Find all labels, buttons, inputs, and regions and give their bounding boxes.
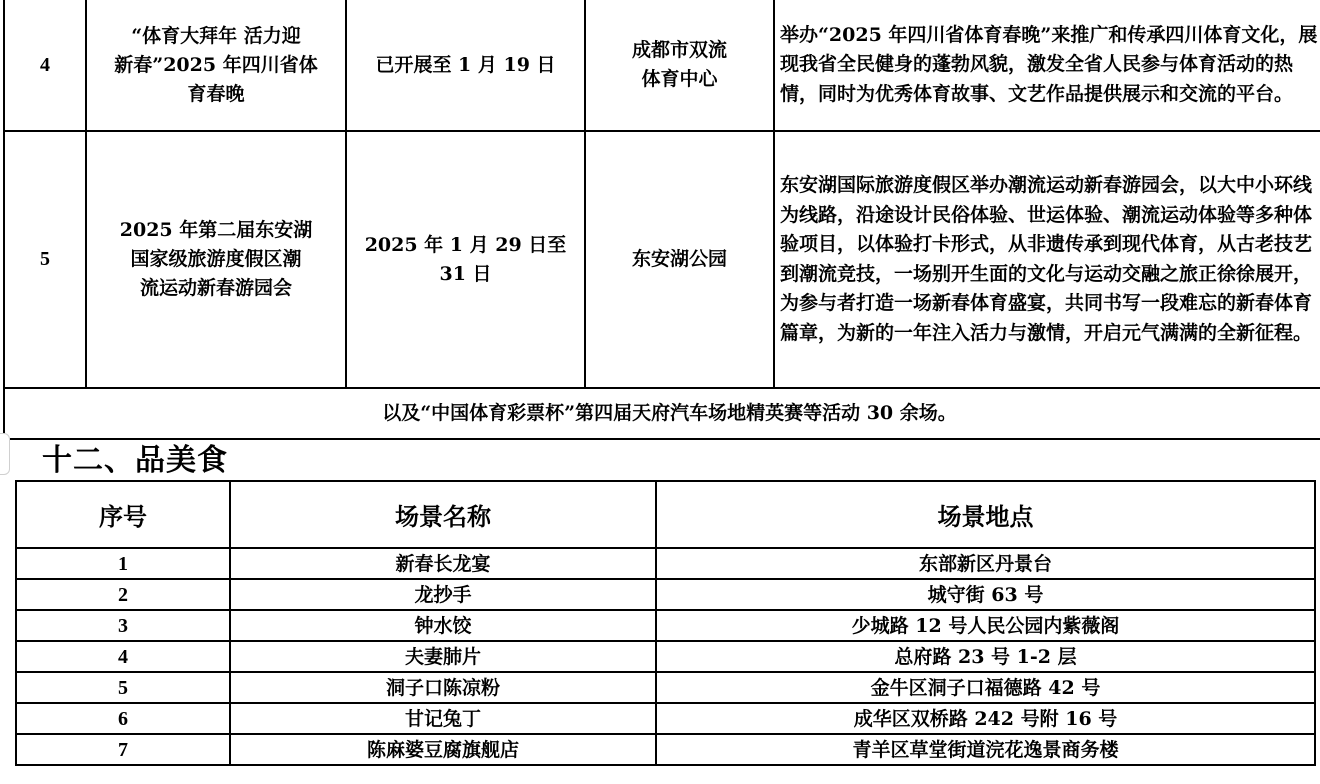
side-panel-handle[interactable] xyxy=(0,433,10,475)
header-scene-name: 场景名称 xyxy=(230,481,656,548)
event-name: 2025 年第二届东安湖 国家级旅游度假区潮 流运动新春游园会 xyxy=(86,131,346,388)
event-venue: 成都市双流 体育中心 xyxy=(585,0,774,131)
food-name: 甘记兔丁 xyxy=(230,703,656,734)
event-name-line: 2025 年第二届东安湖 xyxy=(87,216,345,245)
header-index: 序号 xyxy=(16,481,230,548)
table-row: 4 “体育大拜年 活力迎 新春”2025 年四川省体 育春晚 已开展至 1 月 … xyxy=(4,0,1320,131)
event-description: 东安湖国际旅游度假区举办潮流运动新春游园会，以大中小环线为线路，沿途设计民俗体验… xyxy=(774,131,1320,388)
event-date-line: 已开展至 1 月 19 日 xyxy=(347,51,584,80)
table-row: 5 2025 年第二届东安湖 国家级旅游度假区潮 流运动新春游园会 2025 年… xyxy=(4,131,1320,388)
table-row: 2 龙抄手 城守街 63 号 xyxy=(16,579,1315,610)
section-title: 十二、品美食 xyxy=(42,443,228,479)
footer-note: 以及“中国体育彩票杯”第四届天府汽车场地精英赛等活动 30 余场。 xyxy=(4,388,1320,439)
event-name-line: 国家级旅游度假区潮 xyxy=(87,245,345,274)
events-table: 4 “体育大拜年 活力迎 新春”2025 年四川省体 育春晚 已开展至 1 月 … xyxy=(3,0,1320,440)
table-row: 3 钟水饺 少城路 12 号人民公园内紫薇阁 xyxy=(16,610,1315,641)
food-index: 5 xyxy=(16,672,230,703)
food-index: 2 xyxy=(16,579,230,610)
table-row: 5 洞子口陈凉粉 金牛区洞子口福德路 42 号 xyxy=(16,672,1315,703)
food-location: 东部新区丹景台 xyxy=(656,548,1315,579)
event-venue: 东安湖公园 xyxy=(585,131,774,388)
event-date-line: 2025 年 1 月 29 日至 xyxy=(347,231,584,260)
table-header-row: 序号 场景名称 场景地点 xyxy=(16,481,1315,548)
event-description: 举办“2025 年四川省体育春晚”来推广和传承四川体育文化，展现我省全民健身的蓬… xyxy=(774,0,1320,131)
food-index: 4 xyxy=(16,641,230,672)
food-location: 青羊区草堂街道浣花逸景商务楼 xyxy=(656,734,1315,765)
table-row: 6 甘记兔丁 成华区双桥路 242 号附 16 号 xyxy=(16,703,1315,734)
food-location: 成华区双桥路 242 号附 16 号 xyxy=(656,703,1315,734)
event-date-line: 31 日 xyxy=(347,260,584,289)
event-name-line: 新春”2025 年四川省体 xyxy=(87,51,345,80)
food-location: 总府路 23 号 1-2 层 xyxy=(656,641,1315,672)
food-index: 6 xyxy=(16,703,230,734)
header-scene-location: 场景地点 xyxy=(656,481,1315,548)
event-index: 4 xyxy=(4,0,86,131)
event-index: 5 xyxy=(4,131,86,388)
food-name: 陈麻婆豆腐旗舰店 xyxy=(230,734,656,765)
food-name: 洞子口陈凉粉 xyxy=(230,672,656,703)
food-name: 龙抄手 xyxy=(230,579,656,610)
event-name: “体育大拜年 活力迎 新春”2025 年四川省体 育春晚 xyxy=(86,0,346,131)
event-name-line: “体育大拜年 活力迎 xyxy=(87,22,345,51)
food-name: 夫妻肺片 xyxy=(230,641,656,672)
food-index: 7 xyxy=(16,734,230,765)
food-location: 少城路 12 号人民公园内紫薇阁 xyxy=(656,610,1315,641)
event-name-line: 育春晚 xyxy=(87,80,345,109)
event-venue-line: 体育中心 xyxy=(586,65,773,94)
food-table: 序号 场景名称 场景地点 1 新春长龙宴 东部新区丹景台 2 龙抄手 城守街 6… xyxy=(15,480,1316,766)
event-venue-line: 东安湖公园 xyxy=(586,245,773,274)
food-location: 城守街 63 号 xyxy=(656,579,1315,610)
table-row: 1 新春长龙宴 东部新区丹景台 xyxy=(16,548,1315,579)
table-footer-row: 以及“中国体育彩票杯”第四届天府汽车场地精英赛等活动 30 余场。 xyxy=(4,388,1320,439)
event-venue-line: 成都市双流 xyxy=(586,36,773,65)
table-row: 4 夫妻肺片 总府路 23 号 1-2 层 xyxy=(16,641,1315,672)
food-name: 钟水饺 xyxy=(230,610,656,641)
food-location: 金牛区洞子口福德路 42 号 xyxy=(656,672,1315,703)
event-date: 2025 年 1 月 29 日至 31 日 xyxy=(346,131,585,388)
food-index: 1 xyxy=(16,548,230,579)
food-index: 3 xyxy=(16,610,230,641)
event-date: 已开展至 1 月 19 日 xyxy=(346,0,585,131)
event-name-line: 流运动新春游园会 xyxy=(87,274,345,303)
food-name: 新春长龙宴 xyxy=(230,548,656,579)
table-row: 7 陈麻婆豆腐旗舰店 青羊区草堂街道浣花逸景商务楼 xyxy=(16,734,1315,765)
